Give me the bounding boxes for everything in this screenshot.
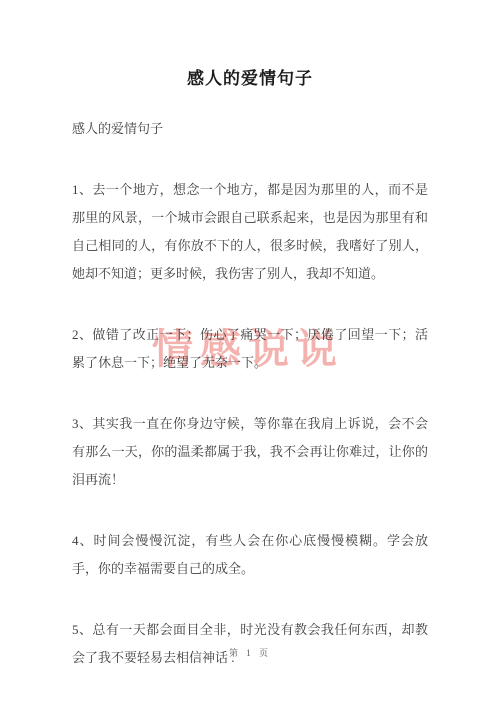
paragraph: 3、其实我一直在你身边守候，等你靠在我肩上诉说，会不会有那么一天，你的温柔都属于… xyxy=(72,410,428,494)
paragraph: 2、做错了改正一下；伤心了痛哭一下；厌倦了回望一下；活累了休息一下；绝望了无奈一… xyxy=(72,321,428,377)
paragraph: 1、去一个地方，想念一个地方，都是因为那里的人，而不是那里的风景，一个城市会跟自… xyxy=(72,176,428,288)
paragraph: 5、总有一天都会面目全非，时光没有教会我任何东西，却教会了我不要轻易去相信神话 … xyxy=(72,616,428,672)
document-body: 感人的爱情句子 1、去一个地方，想念一个地方，都是因为那里的人，而不是那里的风景… xyxy=(0,115,500,672)
paragraph: 4、时间会慢慢沉淀，有些人会在你心底慢慢模糊。学会放手，你的幸福需要自己的成全。 xyxy=(72,527,428,583)
page-title: 感人的爱情句子 xyxy=(0,0,500,90)
page-number: 第 1 页 xyxy=(0,646,500,659)
document-page: 感人的爱情句子 情感说说 感人的爱情句子 1、去一个地方，想念一个地方，都是因为… xyxy=(0,0,500,708)
subtitle: 感人的爱情句子 xyxy=(72,115,428,143)
